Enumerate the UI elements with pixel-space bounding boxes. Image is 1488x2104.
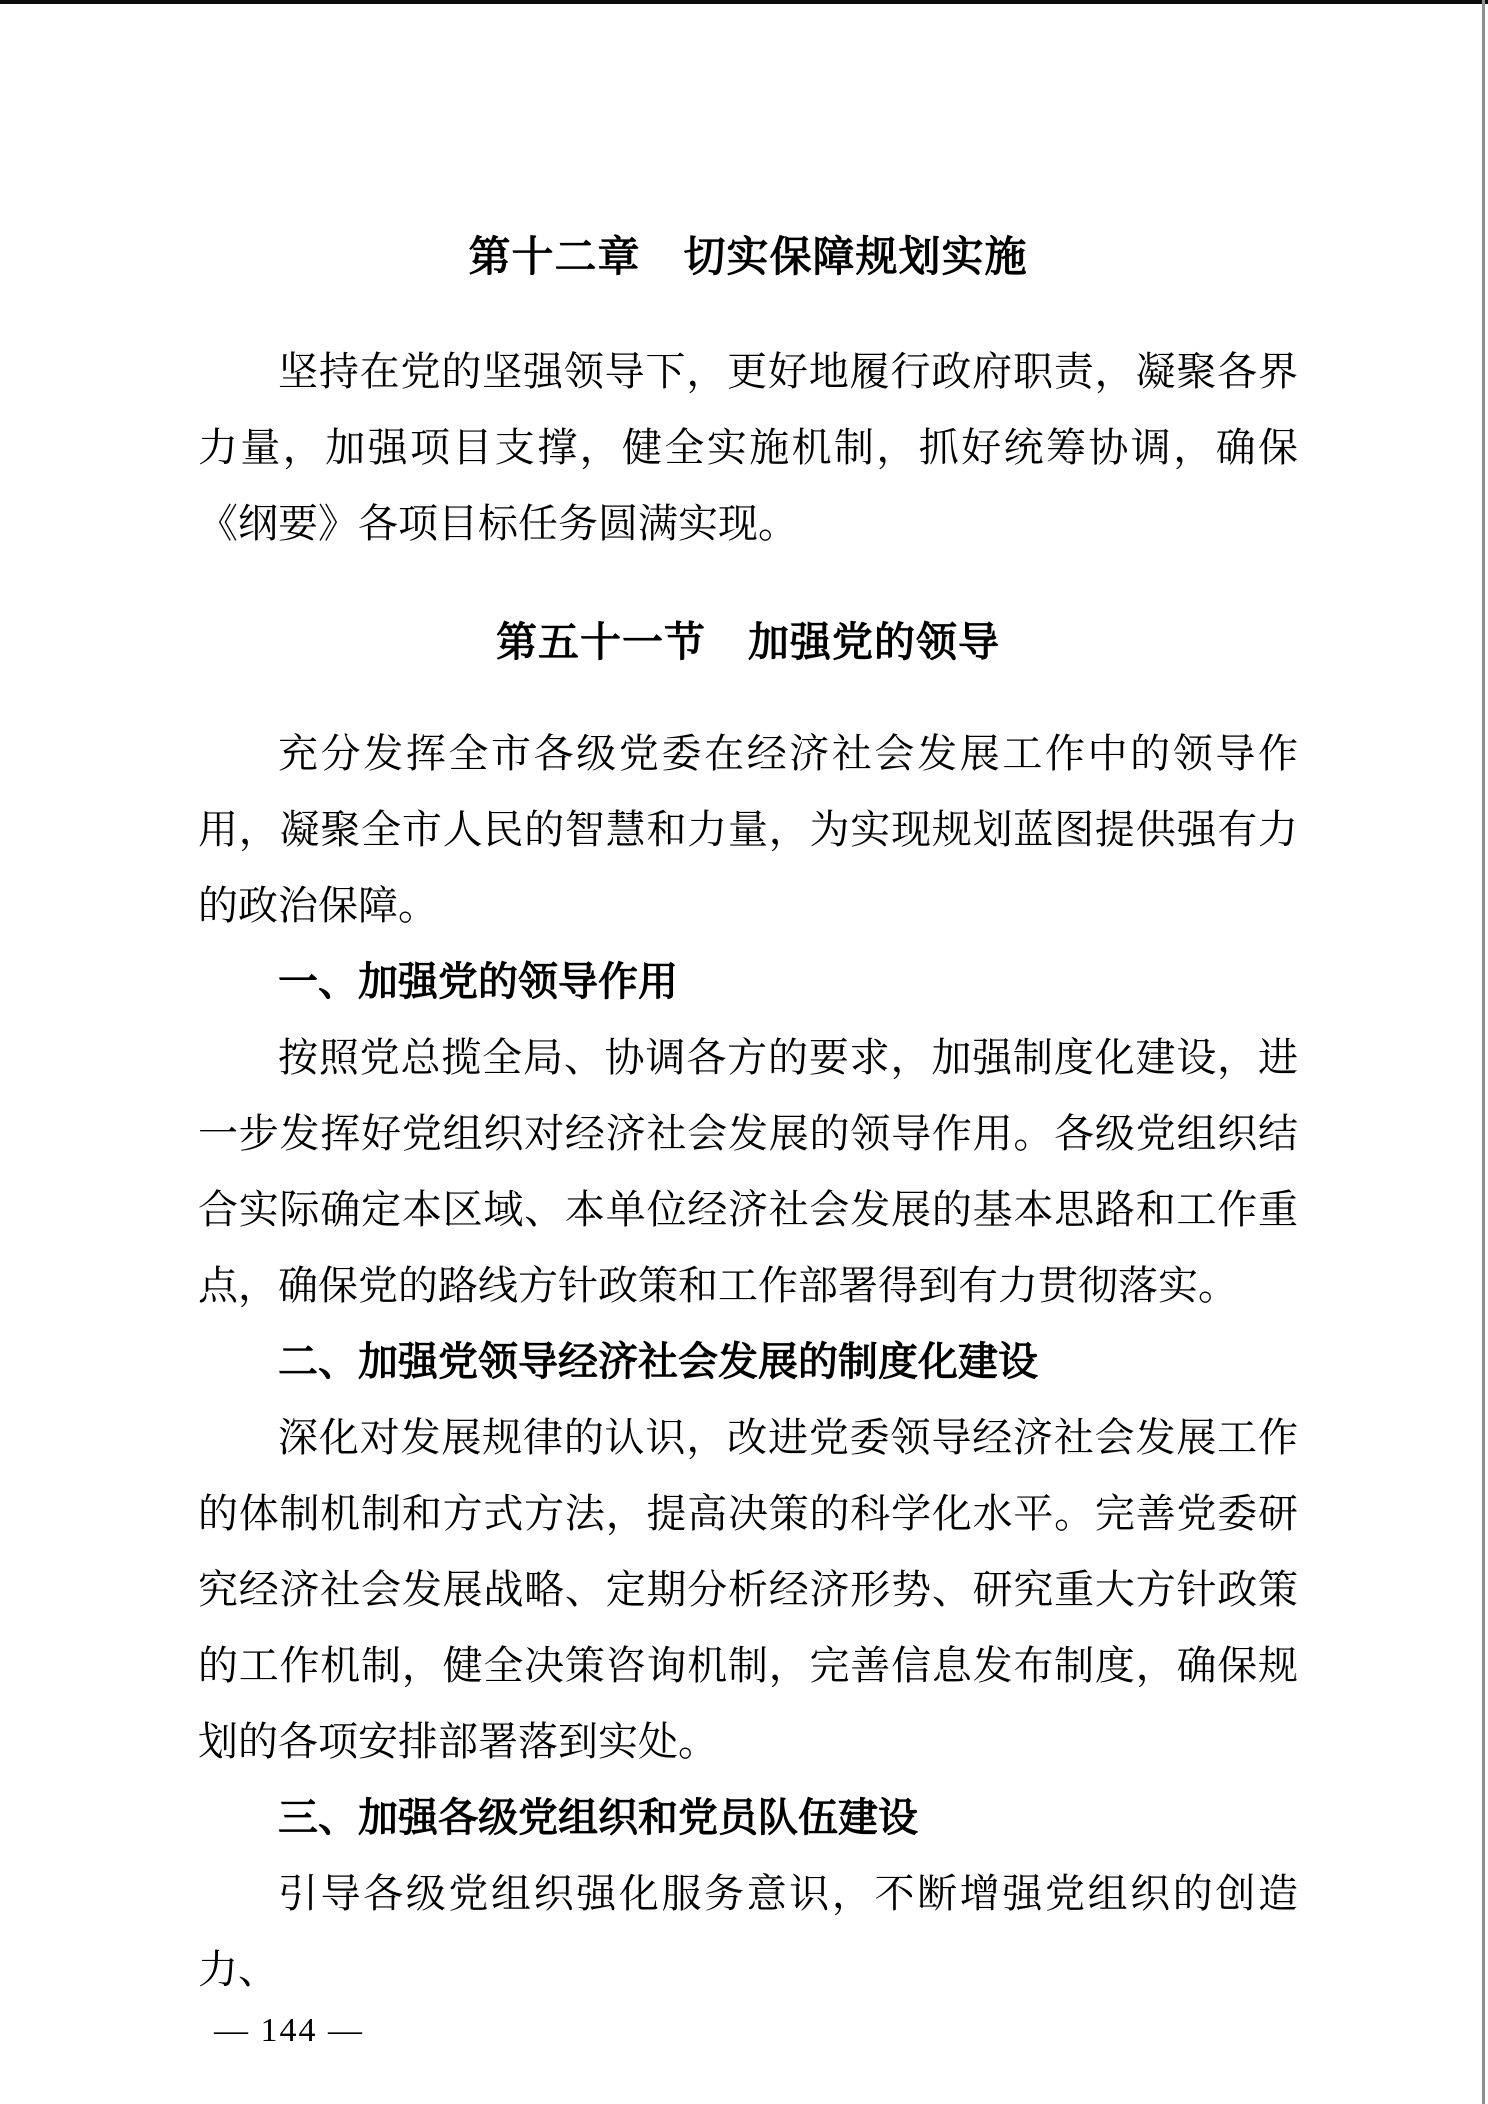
subsection-body-2: 深化对发展规律的认识，改进党委领导经济社会发展工作的体制机制和方式方法，提高决策… [198,1400,1298,1780]
chapter-intro-paragraph: 坚持在党的坚强领导下，更好地履行政府职责，凝聚各界力量，加强项目支撑，健全实施机… [198,334,1298,562]
section-lead-paragraph: 充分发挥全市各级党委在经济社会发展工作中的领导作用，凝聚全市人民的智慧和力量，为… [198,716,1298,944]
subsection-heading-1: 一、加强党的领导作用 [198,944,1298,1020]
chapter-title: 第十二章 切实保障规划实施 [198,219,1298,295]
section-title: 第五十一节 加强党的领导 [198,604,1298,680]
scan-edge-right [1482,0,1485,2104]
page-number: — 144 — [198,2010,1298,2052]
subsection-body-3: 引导各级党组织强化服务意识，不断增强党组织的创造力、 [198,1856,1298,2008]
subsection-heading-2: 二、加强党领导经济社会发展的制度化建设 [198,1324,1298,1400]
subsection-body-1: 按照党总揽全局、协调各方的要求，加强制度化建设，进一步发挥好党组织对经济社会发展… [198,1020,1298,1324]
document-page: { "document": { "chapter_title": "第十二章 切… [0,0,1488,2104]
subsection-heading-3: 三、加强各级党组织和党员队伍建设 [198,1780,1298,1856]
page-content: 第十二章 切实保障规划实施 坚持在党的坚强领导下，更好地履行政府职责，凝聚各界力… [198,0,1298,2052]
